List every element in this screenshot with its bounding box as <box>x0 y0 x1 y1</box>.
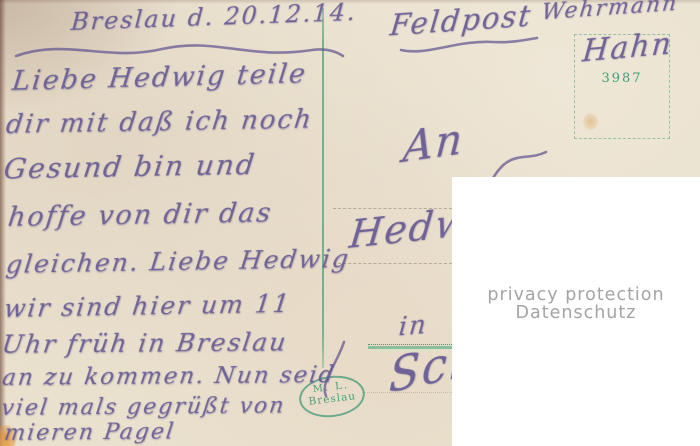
privacy-overlay: privacy protection Datenschutz <box>452 177 700 446</box>
privacy-overlay-text-en: privacy protection <box>452 285 700 305</box>
message-line: Uhr früh in Breslau <box>0 328 289 360</box>
rank-handwriting: Wehrmann <box>540 0 679 25</box>
stamp-box-number: 3987 <box>575 71 669 86</box>
address-an-handwriting: An <box>402 113 466 172</box>
address-dotted-line <box>333 263 452 264</box>
message-line: Gesund bin und <box>2 148 258 185</box>
message-line: wir sind hier um 11 <box>2 289 292 323</box>
message-line: an zu kommen. Nun seid <box>1 362 338 391</box>
message-line: mieren Pagel <box>3 420 177 446</box>
message-line: dir mit daß ich noch <box>4 105 314 140</box>
paper-stain <box>583 113 598 130</box>
message-line: hoffe von dir das <box>6 197 274 233</box>
privacy-overlay-text-de: Datenschutz <box>452 303 700 323</box>
postcard-back: Breslau d. 20.12.14. Liebe Hedwig teile … <box>0 0 700 446</box>
message-line: viel mals gegrüßt von <box>0 394 287 422</box>
dateline-handwriting: Breslau d. 20.12.14. <box>70 0 358 36</box>
message-line: Liebe Hedwig teile <box>10 58 308 97</box>
address-in-fragment: in <box>397 309 429 342</box>
message-line: gleichen. Liebe Hedwig <box>4 244 351 279</box>
